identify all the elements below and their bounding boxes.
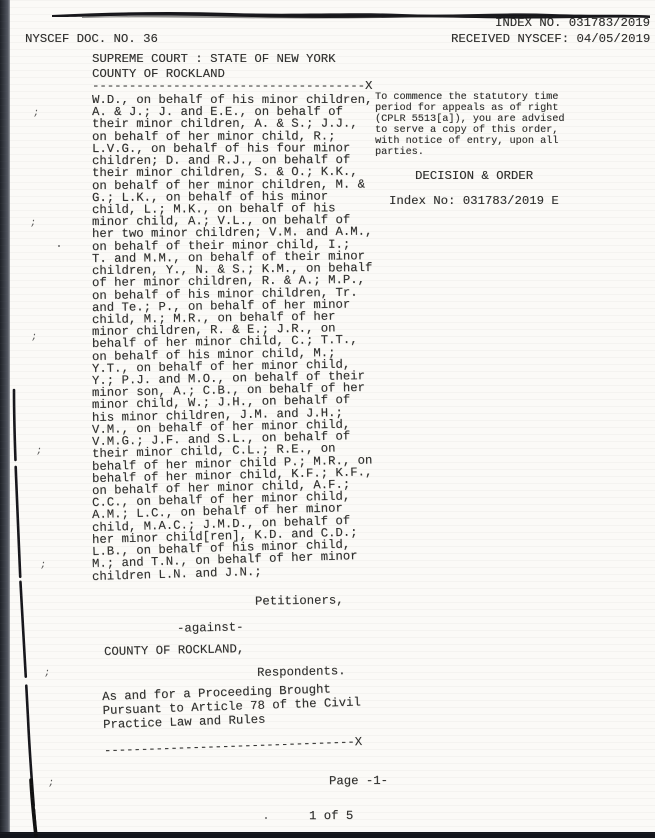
petitioners-list: W.D., on behalf of his minor children,A.… [92, 94, 372, 583]
page-number: Page -1- [329, 774, 388, 789]
index-no-line: Index No: 031783/2019 E [389, 194, 559, 208]
decision-order-title: DECISION & ORDER [415, 169, 533, 183]
sheet-count: 1 of 5 [309, 809, 353, 823]
received-stamp: RECEIVED NYSCEF: 04/05/2019 [451, 32, 650, 46]
court-heading: SUPREME COURT : STATE OF NEW YORK COUNTY… [92, 52, 336, 81]
scan-margin-artifact: ; [32, 108, 39, 120]
index-number-stamp: INDEX NO. 031783/2019 [495, 16, 650, 30]
scan-speck [58, 245, 60, 247]
scan-speck [265, 817, 267, 819]
appeal-notice: To commence the statutory time period fo… [375, 93, 565, 158]
scan-margin-artifact: ; [43, 668, 50, 680]
petitioners-label: Petitioners, [255, 593, 344, 608]
against-label: -against- [177, 620, 244, 635]
nyscef-doc-number: NYSCEF DOC. NO. 36 [25, 32, 158, 46]
caption-divider-bottom: ----------------------------------X [104, 735, 363, 758]
scan-margin-artifact: ; [30, 332, 37, 344]
respondents-label: Respondents. [257, 664, 346, 680]
caption-divider-top: -------------------------------------X [92, 79, 372, 93]
scan-margin-artifact: ; [29, 218, 36, 230]
scanned-document-page: ; ; ; ; ; ; ; INDEX NO. 031783/2019 NYSC… [0, 0, 655, 840]
proceeding-description: As and for a Proceeding Brought Pursuant… [102, 682, 362, 732]
respondent-name: COUNTY OF ROCKLAND, [104, 642, 244, 659]
scan-margin-artifact: ; [39, 560, 46, 572]
scan-margin-artifact: ; [47, 778, 54, 790]
scan-edge-bottom [0, 832, 655, 838]
